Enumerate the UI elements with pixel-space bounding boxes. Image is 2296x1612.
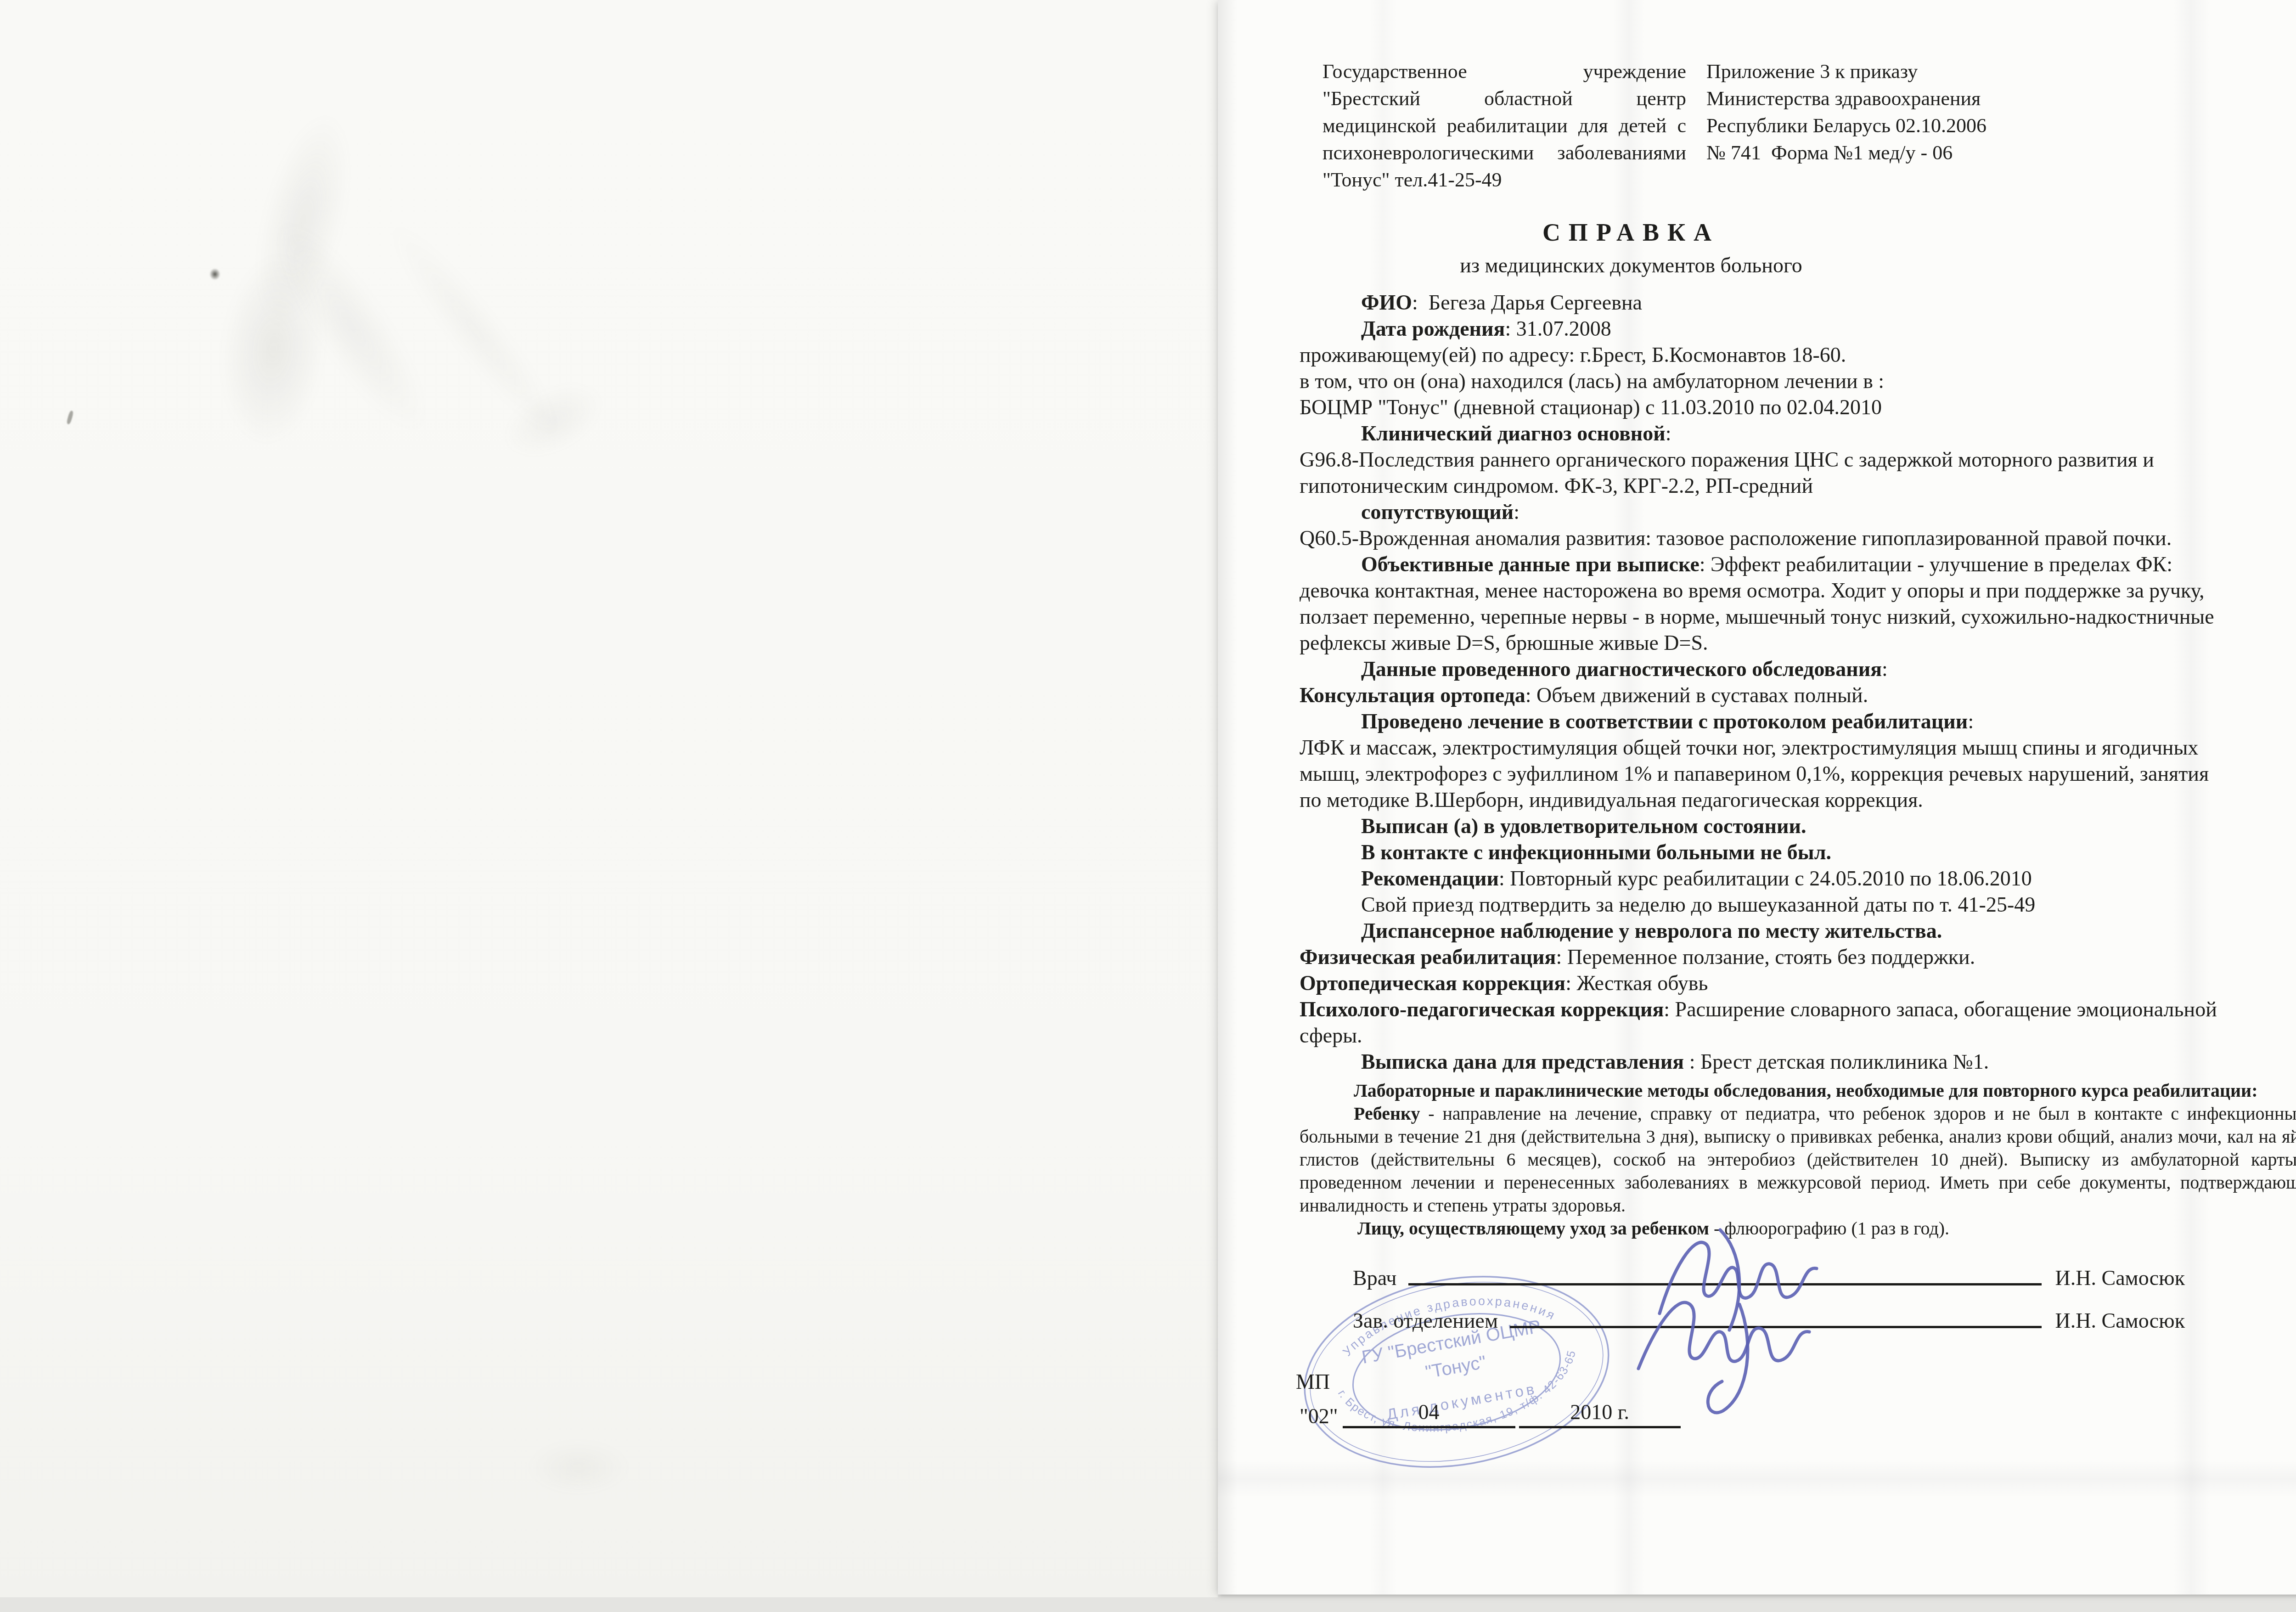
head-of-department-signature — [1631, 1286, 1847, 1419]
blank-left-page — [0, 0, 1218, 1597]
doctor-name: И.Н. Самосюк — [2055, 1266, 2185, 1290]
date-row: "02" 04 2010 г. — [1300, 1400, 1681, 1428]
orthopedic-correction-line: Ортопедическая коррекция: Жесткая обувь — [1300, 970, 2296, 996]
psych-correction-line-2: сферы. — [1300, 1022, 2296, 1048]
objective-data-heading: Объективные данные при выписке: Эффект р… — [1300, 551, 2296, 577]
org-line: "Брестский областной центр — [1322, 85, 1686, 112]
orthopedist-consult-line: Консультация ортопеда: Объем движений в … — [1300, 682, 2296, 708]
document-body: ФИО: Бегеза Дарья Сергеевна Дата рождени… — [1300, 289, 2296, 1075]
main-diagnosis-heading: Клинический диагноз основной: — [1300, 420, 2296, 446]
treatment-line-1: ЛФК и массаж, электростимуляция общей то… — [1300, 734, 2296, 761]
treatment-protocol-heading: Проведено лечение в соответствии с прото… — [1300, 708, 2296, 734]
lab-methods-heading: Лабораторные и параклинические методы об… — [1300, 1079, 2296, 1102]
round-stamp: Управление здравоохранения г. Брест, ул.… — [1291, 1268, 1622, 1480]
exam-findings-line-3: рефлексы живые D=S, брюшные живые D=S. — [1300, 630, 2296, 656]
exam-findings-line-2: ползает переменно, черепные нервы - в но… — [1300, 603, 2296, 630]
birthdate-line: Дата рождения: 31.07.2008 — [1300, 316, 2296, 342]
org-line: Государственное учреждение — [1322, 58, 1686, 85]
title-block: СПРАВКА из медицинских документов больно… — [1300, 218, 1963, 277]
recommendations-line: Рекомендации: Повторный курс реабилитаци… — [1300, 865, 2296, 891]
order-reference-block: Приложение 3 к приказу Министерства здра… — [1706, 58, 2028, 193]
org-line: "Тонус" тел.41-25-49 — [1322, 166, 1686, 193]
issuing-organization-block: Государственное учреждение "Брестский об… — [1322, 58, 1686, 193]
treatment-statement-line: в том, что он (она) находился (лась) на … — [1300, 368, 2296, 394]
diagnostics-heading: Данные проведенного диагностического обс… — [1300, 656, 2296, 682]
ink-dot — [209, 268, 220, 280]
fine-print-section: Лабораторные и параклинические методы об… — [1300, 1079, 2296, 1240]
secondary-diagnosis-line: Q60.5-Врожденная аномалия развития: тазо… — [1300, 525, 2296, 551]
order-line: Приложение 3 к приказу — [1706, 58, 2028, 85]
main-diagnosis-line-1: G96.8-Последствия раннего органического … — [1300, 446, 2296, 473]
page-fold-shadow — [1218, 0, 1237, 1595]
document-content: Государственное учреждение "Брестский об… — [1300, 58, 2296, 1333]
org-line: медицинской реабилитации для детей с — [1322, 112, 1686, 139]
treatment-line-3: по методике В.Шерборн, индивидуальная пе… — [1300, 787, 2296, 813]
treatment-line-2: мышц, электрофорез с эуфиллином 1% и пап… — [1300, 761, 2296, 787]
fio-line: ФИО: Бегеза Дарья Сергеевна — [1300, 289, 2296, 316]
paper-stain — [505, 1428, 652, 1506]
page-subtitle: из медицинских документов больного — [1300, 253, 1963, 277]
org-line: психоневрологическими заболеваниями — [1322, 139, 1686, 166]
facility-period-line: БОЦМР "Тонус" (дневной стационар) с 11.0… — [1300, 394, 2296, 420]
main-diagnosis-line-2: гипотоническим синдромом. ФК-3, КРГ-2.2,… — [1300, 473, 2296, 499]
document-header: Государственное учреждение "Брестский об… — [1322, 58, 2296, 193]
doctor-label: Врач — [1353, 1266, 1396, 1290]
stamp-org-name: "Тонус" — [1424, 1352, 1488, 1383]
order-line: № 741 Форма №1 мед/у - 06 — [1706, 139, 2028, 166]
date-month: 04 — [1343, 1400, 1515, 1428]
secondary-diagnosis-heading: сопутствующий: — [1300, 499, 2296, 525]
address-line: проживающему(ей) по адресу: г.Брест, Б.К… — [1300, 342, 2296, 368]
scanned-document: { "colors":{"paper":"#fcfcfa","ink":"#1d… — [0, 0, 2296, 1612]
infection-contact-line: В контакте с инфекционными больными не б… — [1300, 839, 2296, 865]
date-day: "02" — [1300, 1404, 1338, 1428]
exam-findings-line-1: девочка контактная, менее насторожена во… — [1300, 577, 2296, 603]
head-of-department-label: Зав. отделением — [1353, 1308, 1498, 1333]
dispensary-observation-line: Диспансерное наблюдение у невролога по м… — [1300, 918, 2296, 944]
referral-line: Выписка дана для представления : Брест д… — [1300, 1048, 2296, 1075]
child-requirements-paragraph: Ребенку - направление на лечение, справк… — [1300, 1102, 2296, 1217]
confirm-visit-line: Свой приезд подтвердить за неделю до выш… — [1300, 891, 2296, 918]
paper-speck — [66, 410, 74, 424]
discharged-condition-line: Выписан (а) в удовлетворительном состоян… — [1300, 813, 2296, 839]
head-of-department-name: И.Н. Самосюк — [2055, 1308, 2185, 1333]
psych-correction-line-1: Психолого-педагогическая коррекция: Расш… — [1300, 996, 2296, 1022]
order-line: Республики Беларусь 02.10.2006 — [1706, 112, 2028, 139]
seal-place-label: МП — [1296, 1370, 1330, 1394]
physical-rehab-line: Физическая реабилитация: Переменное полз… — [1300, 944, 2296, 970]
page-title: СПРАВКА — [1300, 218, 1963, 247]
order-line: Министерства здравоохранения — [1706, 85, 2028, 112]
